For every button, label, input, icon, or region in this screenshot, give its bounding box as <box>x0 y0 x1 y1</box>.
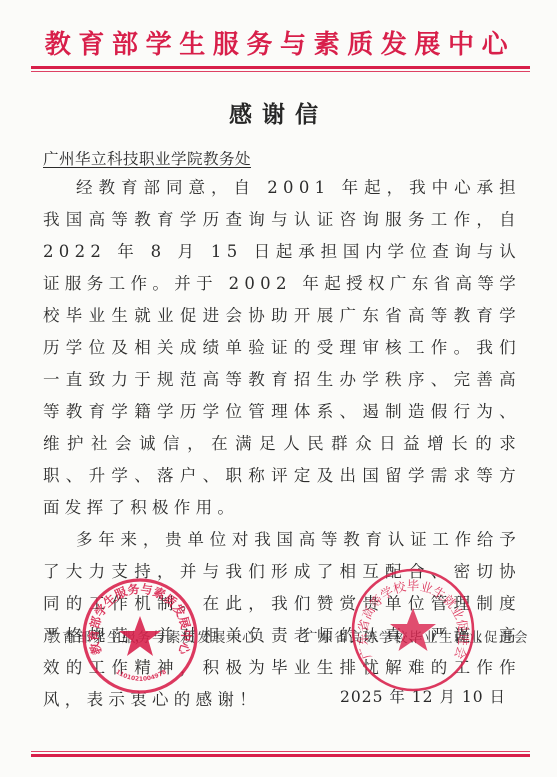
official-seal-left-icon: 教育部学生服务与素质发展中心 1101021004978 <box>80 576 200 696</box>
letterhead-rule-thin <box>31 71 530 72</box>
document-title: 感谢信 <box>0 100 557 130</box>
paragraph-1: 经教育部同意，自 2001 年起，我中心承担我国高等教育学历查询与认证咨询服务工… <box>43 172 521 524</box>
footer-rule-thick <box>31 754 530 757</box>
official-seal-right-icon: 广东省高等学校毕业生就业促进会 <box>349 566 477 694</box>
letterhead-organization: 教育部学生服务与素质发展中心 <box>30 28 530 62</box>
letterhead-rule-thick <box>31 66 530 69</box>
addressee: 广州华立科技职业学院教务处 <box>43 148 251 170</box>
svg-text:1101021004978: 1101021004978 <box>114 668 167 682</box>
footer-rule-thin <box>31 751 530 752</box>
